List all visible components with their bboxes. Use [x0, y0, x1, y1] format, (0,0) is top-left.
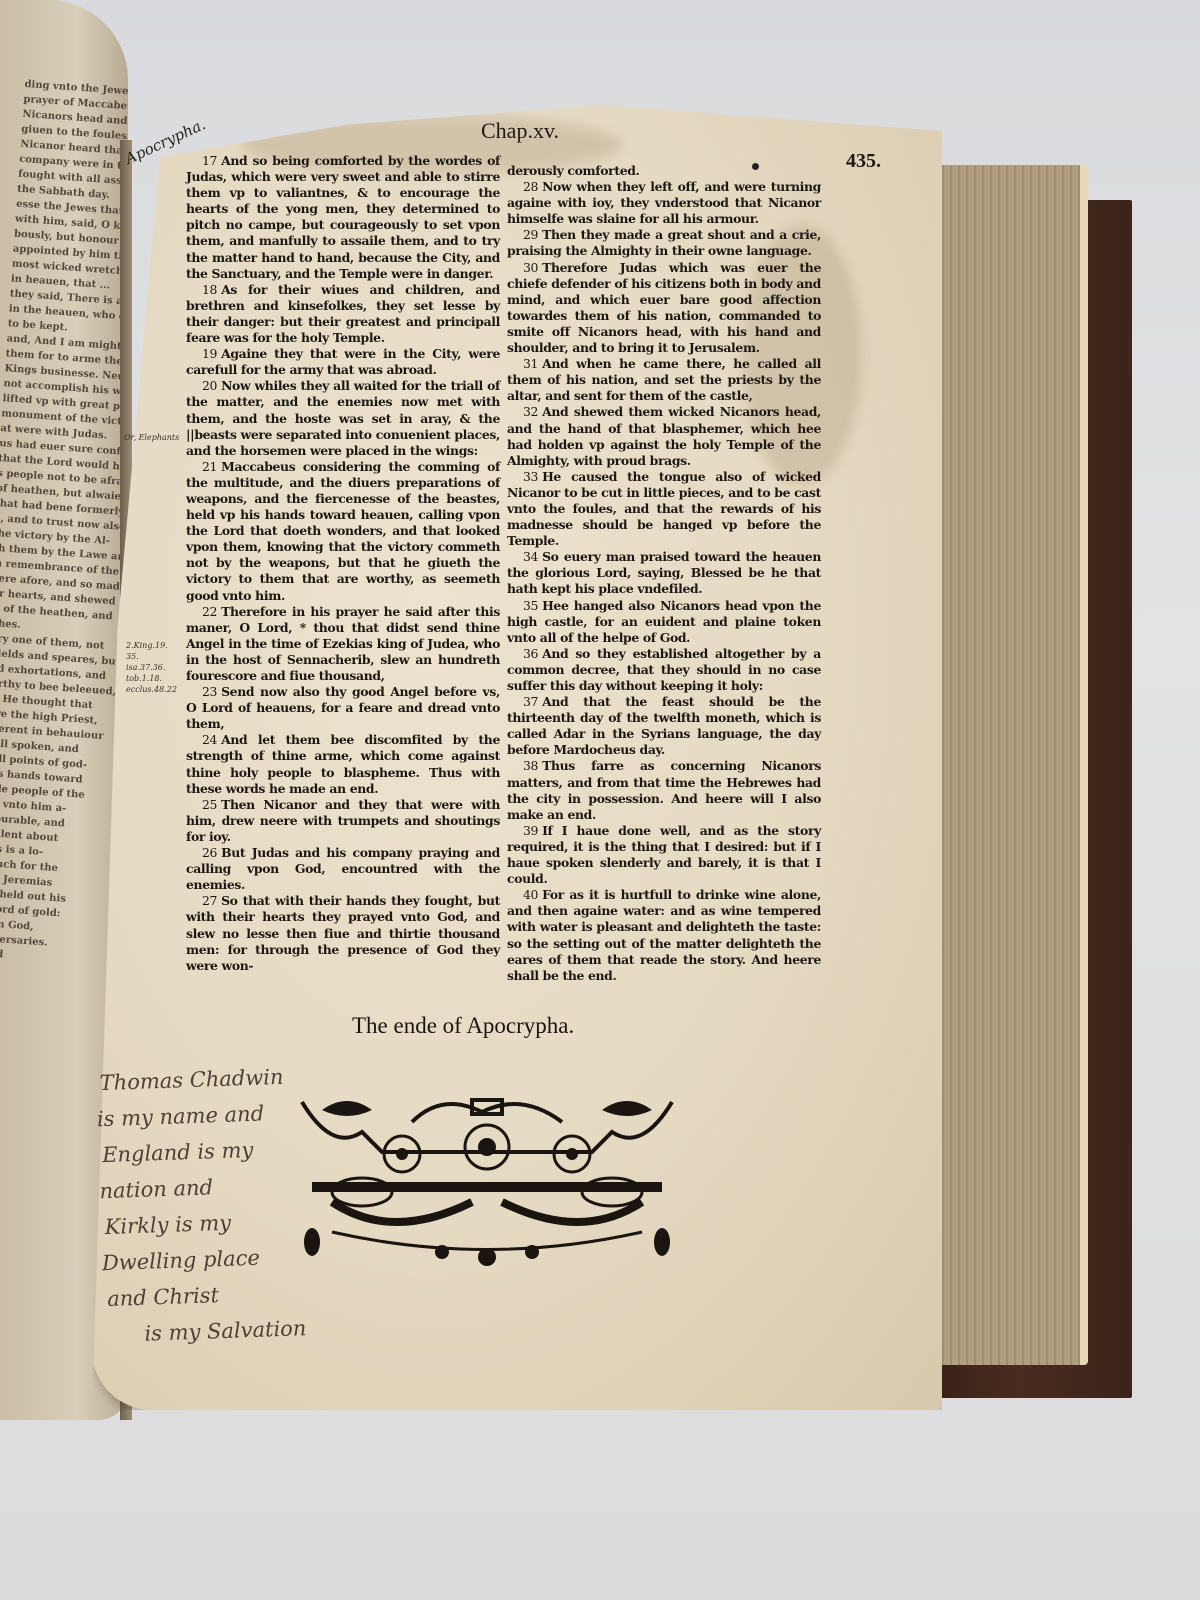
verse-text: And let them bee discomfited by the stre… [186, 732, 500, 795]
text-column-right: derously comforted.28Now when they left … [507, 163, 821, 984]
margin-note-elephants: Or, Elephants [124, 432, 179, 443]
verse-number: 19 [202, 346, 217, 361]
verse-text: Therefore in his prayer he said after th… [186, 604, 500, 683]
verse-number: 24 [202, 732, 217, 747]
verse-number: 39 [523, 823, 538, 838]
page-block-edges [930, 165, 1088, 1365]
verse: 27So that with their hands they fought, … [186, 893, 500, 973]
verse: 21Maccabeus considering the comming of t… [186, 459, 500, 604]
verse: 32And shewed them wicked Nicanors head, … [507, 404, 821, 468]
verse-number: 18 [202, 282, 217, 297]
text-column-left: 17And so being comforted by the wordes o… [186, 153, 500, 974]
verse: 39If I haue done well, and as the story … [507, 823, 821, 887]
margin-reference: 2.King.19. [126, 640, 177, 651]
verse-text: And so being comforted by the wordes of … [186, 153, 500, 281]
verse: 35Hee hanged also Nicanors head vpon the… [507, 598, 821, 646]
verse-text: Maccabeus considering the comming of the… [186, 459, 500, 603]
verse-text: So euery man praised toward the heauen t… [507, 549, 821, 596]
verse-text: And shewed them wicked Nicanors head, an… [507, 404, 821, 467]
left-page-text-fragments: ding vnto the Jewes the golden ...prayer… [0, 77, 128, 968]
verse-text: Now whiles they all waited for the trial… [186, 378, 500, 457]
verse-number: 35 [523, 598, 538, 613]
verse: 40For as it is hurtfull to drinke wine a… [507, 887, 821, 984]
verse: 23Send now also thy good Angel before vs… [186, 684, 500, 732]
verse-number: 29 [523, 227, 538, 242]
verse-number: 26 [202, 845, 217, 860]
page-number: 435. [846, 150, 881, 173]
verse-text: Send now also thy good Angel before vs, … [186, 684, 500, 731]
chapter-heading: Chap.xv. [481, 118, 559, 144]
closing-title: The ende of Apocrypha. [352, 1013, 574, 1039]
verse-number: 40 [523, 887, 538, 902]
verse: 31And when he came there, he called all … [507, 356, 821, 404]
verse-number: 30 [523, 260, 538, 275]
verse: 18As for their wiues and children, and b… [186, 282, 500, 346]
verse-text: Hee hanged also Nicanors head vpon the h… [507, 598, 821, 645]
verse: derously comforted. [507, 163, 821, 179]
margin-cross-references: 2.King.19.35.isa.37.36.tob.1.18.ecclus.4… [126, 640, 177, 695]
verse-number: 31 [523, 356, 538, 371]
verse-text: And when he came there, he called all th… [507, 356, 821, 403]
verse-text: But Judas and his company praying and ca… [186, 845, 500, 892]
handwritten-inscription: Thomas Chadwinis my name andEngland is m… [95, 1055, 405, 1353]
verse: 25Then Nicanor and they that were with h… [186, 797, 500, 845]
verse-text: derously comforted. [507, 163, 640, 178]
verse-number: 32 [523, 404, 538, 419]
verse-number: 38 [523, 758, 538, 773]
verse-number: 34 [523, 549, 538, 564]
verse-number: 33 [523, 469, 538, 484]
verse: 37And that the feast should be the thirt… [507, 694, 821, 758]
verse: 38Thus farre as concerning Nicanors matt… [507, 758, 821, 822]
verse-text: He caused the tongue also of wicked Nica… [507, 469, 821, 548]
verse-text: And so they established altogether by a … [507, 646, 821, 693]
verse-text: And that the feast should be the thirtee… [507, 694, 821, 757]
verse-text: If I haue done well, and as the story re… [507, 823, 821, 886]
verse: 19Againe they that were in the City, wer… [186, 346, 500, 378]
verse-number: 36 [523, 646, 538, 661]
verse-text: Then Nicanor and they that were with him… [186, 797, 500, 844]
verse-number: 22 [202, 604, 217, 619]
verse: 34So euery man praised toward the heauen… [507, 549, 821, 597]
verse-number: 23 [202, 684, 217, 699]
verse: 30Therefore Judas which was euer the chi… [507, 260, 821, 357]
verse-text: So that with their hands they fought, bu… [186, 893, 500, 972]
verse-text: Now when they left off, and were turning… [507, 179, 821, 226]
verse-number: 20 [202, 378, 217, 393]
verse-number: 25 [202, 797, 217, 812]
margin-reference: isa.37.36. [126, 662, 177, 673]
verse-text: For as it is hurtfull to drinke wine alo… [507, 887, 821, 982]
verse-number: 27 [202, 893, 217, 908]
verse-number: 37 [523, 694, 538, 709]
verse: 24And let them bee discomfited by the st… [186, 732, 500, 796]
verse-number: 28 [523, 179, 538, 194]
verse: 33He caused the tongue also of wicked Ni… [507, 469, 821, 549]
verse: 28Now when they left off, and were turni… [507, 179, 821, 227]
verse: 36And so they established altogether by … [507, 646, 821, 694]
verse: 26But Judas and his company praying and … [186, 845, 500, 893]
verse-text: Therefore Judas which was euer the chief… [507, 260, 821, 355]
verse-number: 21 [202, 459, 217, 474]
verse-text: Againe they that were in the City, were … [186, 346, 500, 377]
verse-number: 17 [202, 153, 217, 168]
verse-text: Thus farre as concerning Nicanors matter… [507, 758, 821, 821]
verse: 20Now whiles they all waited for the tri… [186, 378, 500, 458]
margin-reference: 35. [126, 651, 177, 662]
verse: 29Then they made a great shout and a cri… [507, 227, 821, 259]
verse: 17And so being comforted by the wordes o… [186, 153, 500, 282]
margin-reference: ecclus.48.22 [126, 684, 177, 695]
verse: 22Therefore in his prayer he said after … [186, 604, 500, 684]
margin-reference: tob.1.18. [126, 673, 177, 684]
verse-text: Then they made a great shout and a crie,… [507, 227, 821, 258]
verse-text: As for their wiues and children, and bre… [186, 282, 500, 345]
